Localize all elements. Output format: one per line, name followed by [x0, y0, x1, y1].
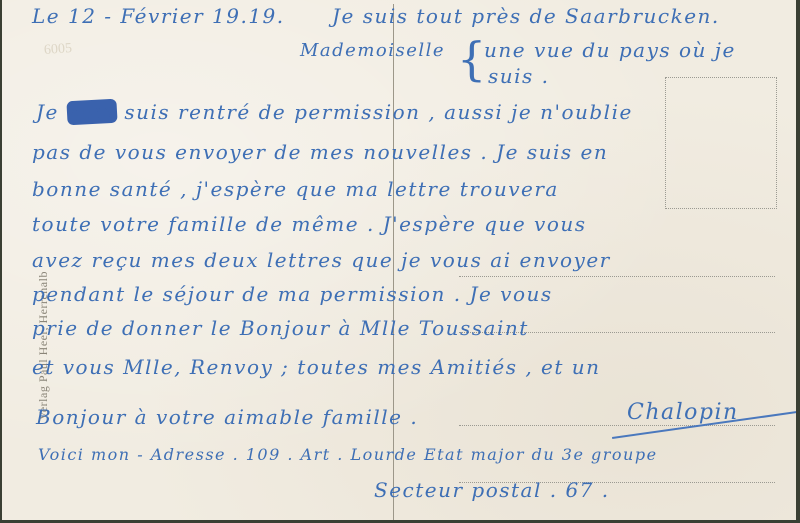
side-note-line-2: suis .: [488, 64, 550, 88]
address-line-text-2: Secteur postal . 67 .: [374, 478, 610, 502]
location-note: Je suis tout près de Saarbrucken.: [332, 4, 720, 28]
address-line-3: [459, 425, 775, 426]
salutation: Mademoiselle: [300, 40, 445, 61]
body-line-7: prie de donner le Bonjour à Mlle Toussai…: [32, 316, 529, 340]
body-line-3: bonne santé , j'espère que ma lettre tro…: [32, 177, 559, 201]
address-line-1: [459, 276, 775, 277]
date: Le 12 - Février 19.19.: [32, 4, 285, 28]
body-line-5: avez reçu mes deux lettres que je vous a…: [32, 248, 611, 272]
brace-icon: {: [457, 36, 486, 82]
body-line-1-rest: suis rentré de permission , aussi je n'o…: [124, 100, 632, 124]
address-line-text-1: Voici mon - Adresse . 109 . Art . Lourde…: [38, 445, 658, 464]
postcard-back: 6005 Verlag Paul Heer, Herrenalb Le 12 -…: [2, 0, 796, 520]
body-line-1-start: Je: [36, 100, 59, 124]
side-note-line-1: une vue du pays où je: [484, 38, 736, 62]
body-line-9: Bonjour à votre aimable famille .: [36, 405, 418, 429]
body-line-2: pas de vous envoyer de mes nouvelles . J…: [32, 140, 608, 164]
pencil-reference-note: 6005: [43, 41, 72, 59]
struck-word: suis: [66, 99, 117, 126]
body-line-8: et vous Mlle, Renvoy ; toutes mes Amitié…: [32, 355, 601, 379]
body-line-6: pendant le séjour de ma permission . Je …: [32, 282, 553, 306]
body-line-1: Je suis suis rentré de permission , auss…: [36, 100, 633, 124]
body-line-4: toute votre famille de même . J'espère q…: [32, 212, 587, 236]
stamp-box: [665, 77, 777, 209]
